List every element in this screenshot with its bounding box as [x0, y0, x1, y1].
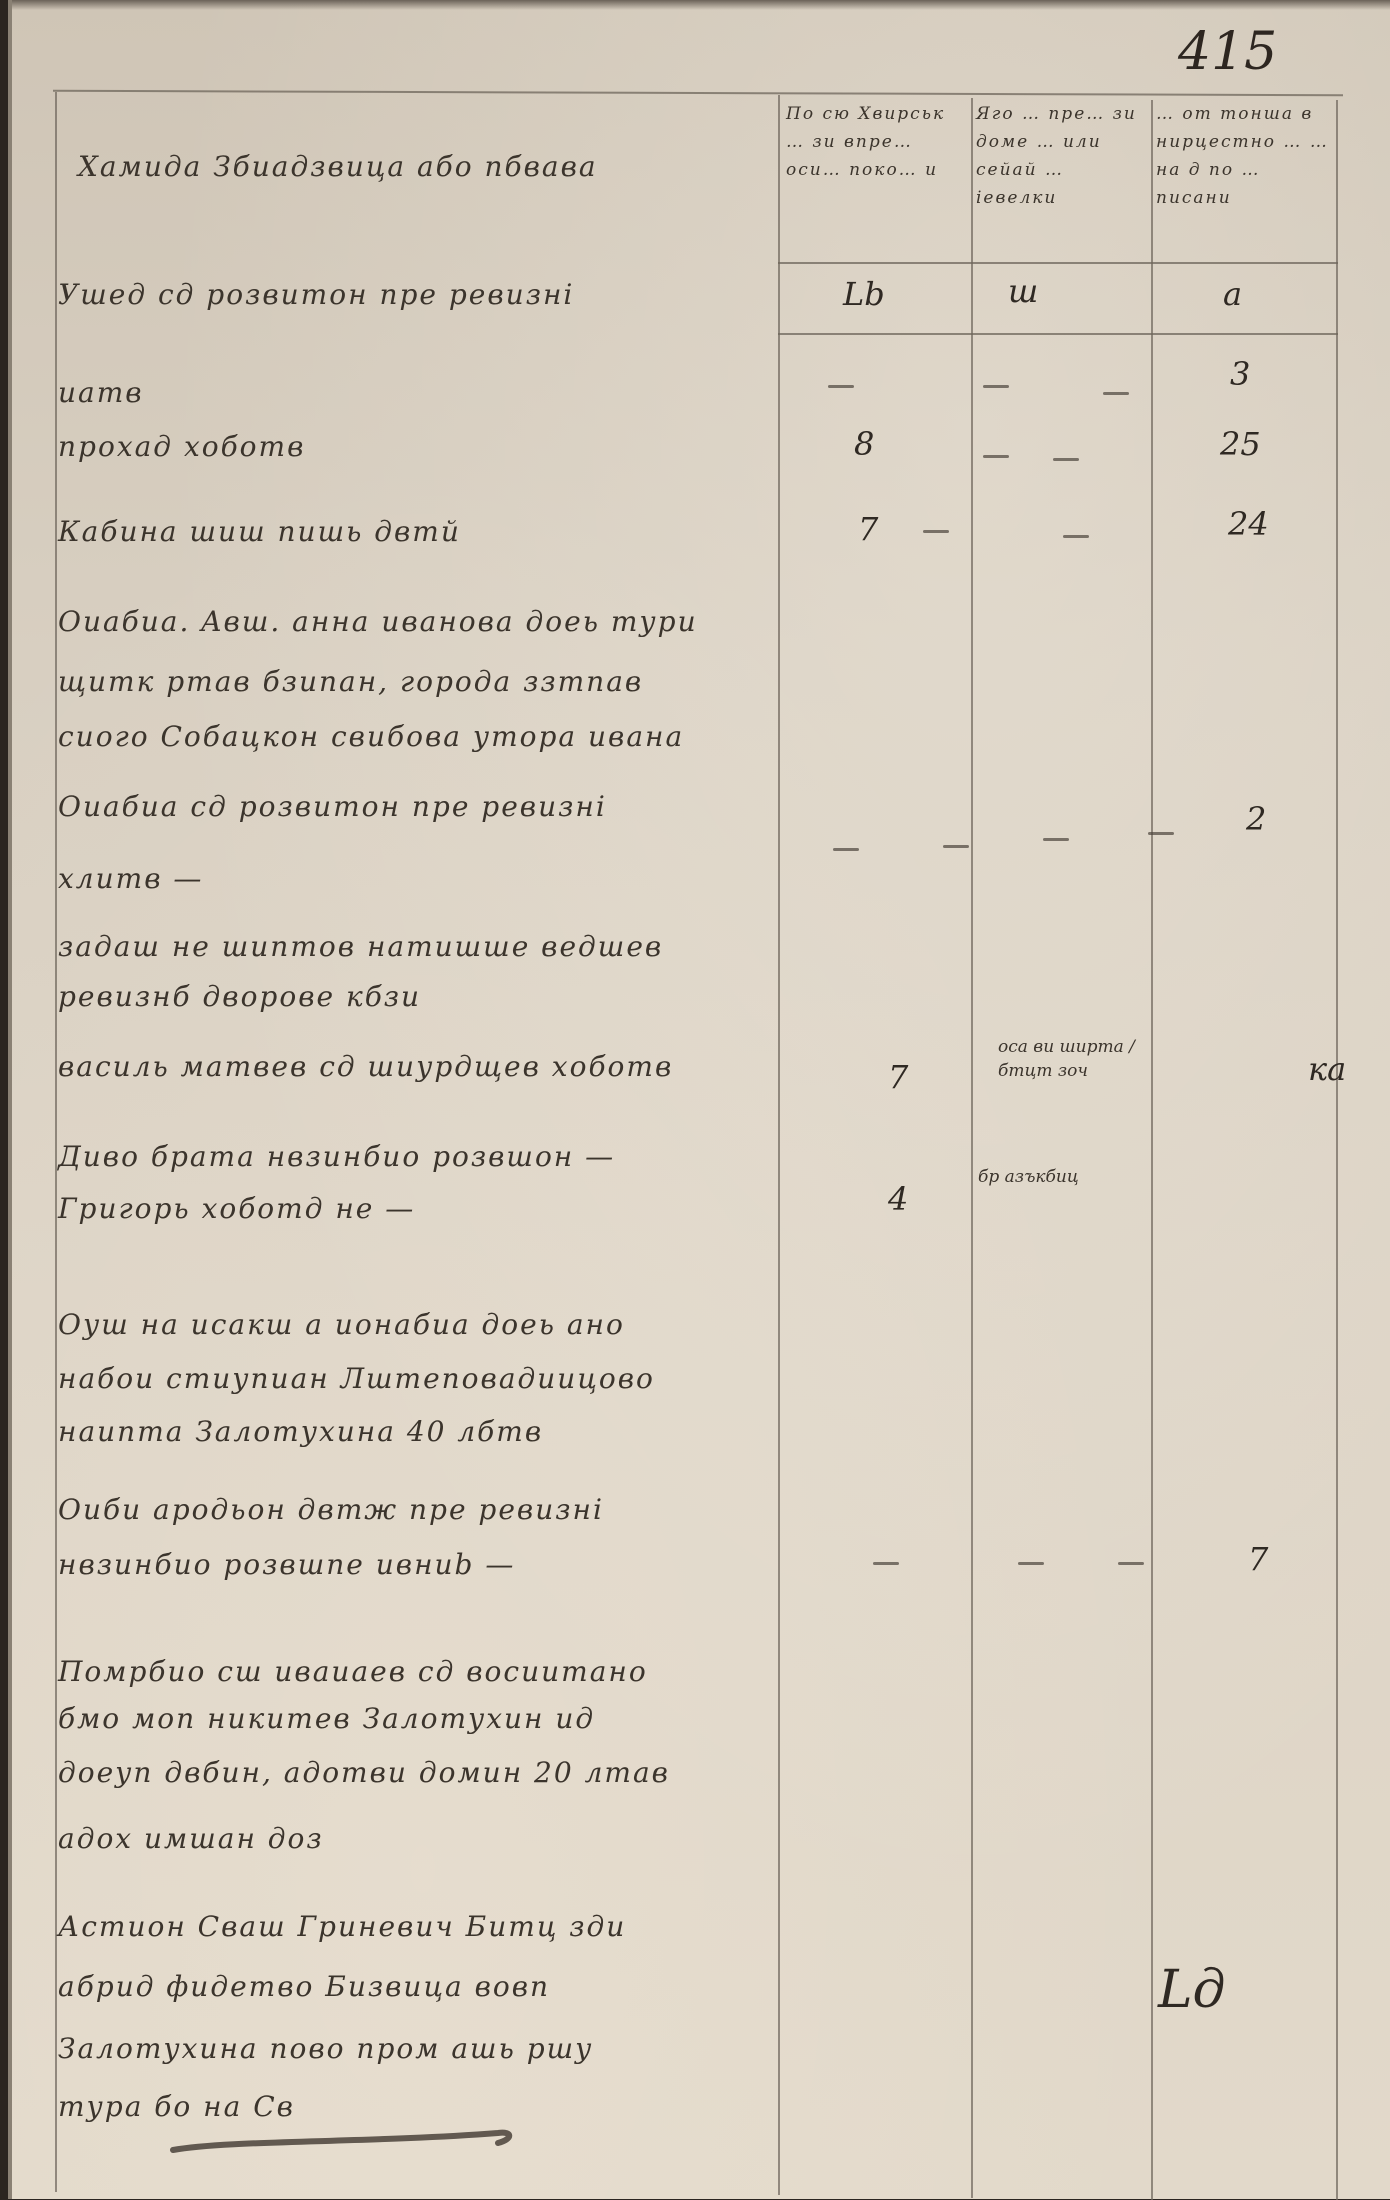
- column-rule-3: [1151, 100, 1153, 2199]
- table-top-rule: [53, 90, 1343, 96]
- header-main-title: Хамида Збиадзвица або пбвава: [78, 150, 598, 183]
- dash-mark: [1118, 1562, 1144, 1565]
- page-top-shadow: [8, 0, 1390, 10]
- cell-value: 2: [1246, 800, 1266, 838]
- dash-mark: [1148, 832, 1174, 835]
- column-rule-2: [971, 98, 973, 2198]
- table-left-rule: [55, 92, 57, 2192]
- entry-line: Оиабиа. Aвш. анна иванова доеь тури: [58, 605, 698, 638]
- manuscript-page: 415 Хамида Збиадзвица або пбвава По сю Х…: [8, 0, 1390, 2199]
- entry-line: хлитв —: [58, 862, 203, 895]
- dash-mark: [1043, 838, 1069, 841]
- cell-value: 8: [854, 425, 874, 463]
- entry-line: Залотухина пово пром ашь ршу: [58, 2032, 593, 2065]
- entry-line: доеуп двбин, адотви домин 20 лтав: [58, 1756, 670, 1789]
- dash-mark: [1018, 1562, 1044, 1565]
- dash-mark: [828, 385, 854, 388]
- cell-note: оса ви ширта / бтцт зоч: [998, 1035, 1148, 1083]
- dash-mark: [923, 530, 949, 533]
- binding-edge: [8, 0, 12, 2199]
- entry-line: Диво брата нвзинбио розвшон —: [58, 1140, 615, 1173]
- entry-line: наипта Залотухина 40 лбтв: [58, 1415, 543, 1448]
- cell-value: 7: [858, 510, 878, 548]
- column-rule-4: [1336, 100, 1338, 2199]
- closing-flourish: [168, 2125, 518, 2165]
- header-column-1: По сю Хвирськ … зи впре… оси… поко… и: [786, 100, 966, 184]
- column-rule-1: [778, 95, 780, 2195]
- cell-value: ка: [1308, 1050, 1346, 1088]
- entry-line: Оуш на исакш а ионабиа доеь ано: [58, 1308, 625, 1341]
- entry-line: Астион Сваш Гриневич Битц зди: [58, 1910, 626, 1943]
- cell-note: бр азъкбиц: [978, 1165, 1148, 1189]
- cell-value: 7: [1248, 1540, 1268, 1578]
- entry-line: василь матвев сд шиурдщев хоботв: [58, 1050, 673, 1083]
- entry-line: набои стиупиан Лштеповадиицово: [58, 1362, 655, 1395]
- entry-line: Ушед сд розвитон пре ревизні: [58, 278, 574, 311]
- cell-value: 4: [888, 1180, 908, 1218]
- entry-line: иатв: [58, 376, 144, 409]
- cell-value: 7: [888, 1058, 908, 1096]
- entry-line: бмо моп никитев Залотухин ид: [58, 1702, 595, 1735]
- header-column-3: … от тонша в нирцестно … … на д по … пис…: [1156, 100, 1334, 212]
- dash-mark: [1063, 535, 1089, 538]
- entry-line: тура бо на Св: [58, 2090, 295, 2123]
- cell-value: a: [1223, 275, 1242, 313]
- dash-mark: [1103, 392, 1129, 395]
- entry-line: прохад хоботв: [58, 430, 305, 463]
- dash-mark: [1053, 458, 1079, 461]
- entry-line: адох имшан доз: [58, 1822, 324, 1855]
- entry-line: нвзинбио розвшпе ивниb —: [58, 1548, 515, 1581]
- folio-number: 415: [1178, 22, 1277, 82]
- entry-line: Кабина шиш пишь двтй: [58, 515, 461, 548]
- first-row-bottom-rule: [778, 333, 1338, 335]
- entry-line: сиого Собацкон свибова утора ивана: [58, 720, 684, 753]
- cell-value: 3: [1230, 355, 1250, 393]
- entry-line: щитк ртав бзипан, города ззтпав: [58, 665, 643, 698]
- entry-line: Григорь хоботд не —: [58, 1192, 415, 1225]
- header-column-2: Яго … пре… зи доме … или сейай … іевелки: [976, 100, 1146, 212]
- entry-line: Оиабиа сд розвитон пре ревизні: [58, 790, 607, 823]
- header-bottom-rule: [778, 262, 1338, 264]
- entry-line: Оиби ародьон двтж пре ревизні: [58, 1493, 604, 1526]
- cell-value: 25: [1220, 425, 1261, 463]
- dash-mark: [943, 845, 969, 848]
- dash-mark: [873, 1562, 899, 1565]
- entry-line: ревизнб дворове кбзи: [58, 980, 421, 1013]
- entry-line: абрид фидетво Бизвица вовп: [58, 1970, 550, 2003]
- cell-value: Lb: [843, 275, 885, 313]
- cell-value: Lд: [1158, 1960, 1226, 2020]
- dash-mark: [983, 385, 1009, 388]
- cell-value: ш: [1008, 272, 1038, 310]
- cell-value: 24: [1228, 505, 1269, 543]
- entry-line: Помрбио сш иваиаев сд восиитано: [58, 1655, 648, 1688]
- entry-line: задаш не шиптов натишше ведшев: [58, 930, 663, 963]
- dash-mark: [833, 848, 859, 851]
- dash-mark: [983, 455, 1009, 458]
